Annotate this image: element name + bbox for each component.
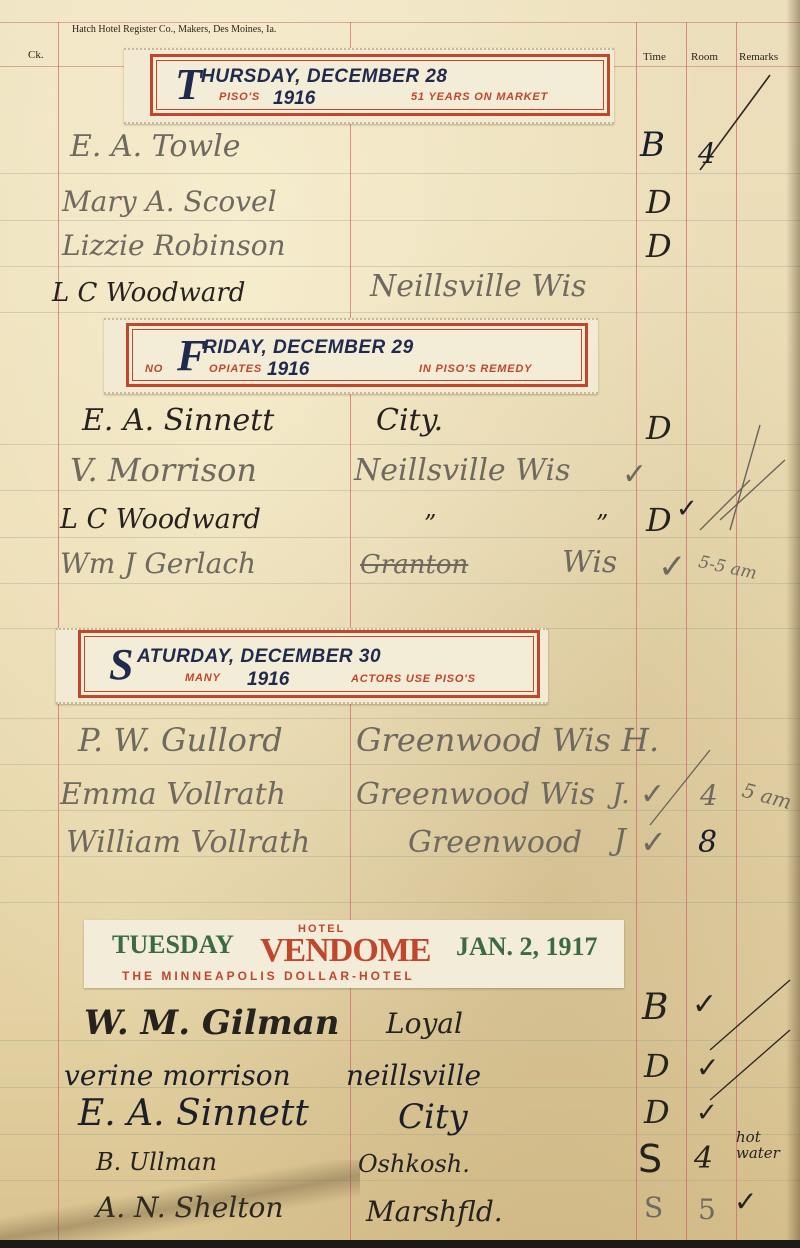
- time-column-header: Time: [643, 51, 666, 63]
- time-mark: D: [646, 412, 672, 444]
- guest-name: W. M. Gilman: [84, 1006, 339, 1040]
- check-mark-icon: ✓: [622, 460, 647, 490]
- guest-name: Mary A. Scovel: [62, 188, 277, 216]
- check-mark-icon: [690, 70, 780, 180]
- hotel-name: VENDOME: [260, 934, 431, 968]
- guest-residence: City.: [376, 406, 443, 436]
- guest-residence-state: Wis: [562, 548, 617, 578]
- guest-residence: City: [398, 1100, 468, 1134]
- ad-text-right: 51 YEARS ON MARKET: [411, 92, 548, 103]
- day-initial: F: [177, 334, 206, 378]
- ad-text-left: MANY: [185, 673, 221, 684]
- remarks-column-header: Remarks: [739, 51, 778, 63]
- room-column-header: Room: [691, 51, 718, 63]
- guest-name: Wm J Gerlach: [60, 550, 256, 578]
- check-mark-icon: [690, 420, 790, 540]
- guest-name: P. W. Gullord: [78, 724, 283, 756]
- year: 1916: [273, 89, 315, 108]
- guest-name: V. Morrison: [70, 454, 257, 486]
- page-fold: [0, 1160, 360, 1240]
- guest-name: William Vollrath: [66, 828, 310, 858]
- rule: [0, 490, 800, 491]
- remarks-note: 5-5 am: [697, 554, 758, 583]
- guest-name: E. A. Towle: [70, 132, 240, 162]
- check-mark-icon: [640, 740, 720, 830]
- check-mark-icon: [690, 930, 800, 1130]
- guest-residence: Oshkosh.: [358, 1152, 470, 1176]
- guest-name: E. A. Sinnett: [78, 1096, 309, 1132]
- guest-residence: Neillsville Wis: [354, 456, 571, 486]
- ck-column-header: Ck.: [28, 49, 44, 61]
- ad-text-right: IN PISO'S REMEDY: [419, 364, 532, 375]
- check-mark-icon: ✓: [734, 1188, 757, 1216]
- rule: [0, 266, 800, 267]
- guest-residence: Greenwood Wis H.: [356, 724, 659, 756]
- ad-text-right: ACTORS USE PISO'S: [351, 674, 476, 685]
- rule: [0, 312, 800, 313]
- room-column-rule: [686, 22, 687, 1248]
- room-number: 4: [694, 1144, 713, 1174]
- bottom-edge: [0, 1240, 800, 1248]
- ditto-mark: ”: [424, 512, 436, 536]
- room-number: 5: [698, 1196, 716, 1224]
- rule: [0, 537, 800, 538]
- residence-mark: J.: [612, 780, 630, 808]
- ditto-mark: ”: [596, 512, 608, 536]
- date-strip-friday: NO F RIDAY, DECEMBER 29 OPIATES 1916 IN …: [126, 323, 588, 387]
- day-title: TUESDAY: [112, 932, 234, 958]
- time-mark: D: [646, 504, 672, 536]
- guest-residence: Marshfld.: [366, 1198, 503, 1226]
- top-rule: [0, 22, 800, 23]
- guest-residence: Greenwood Wis: [356, 780, 595, 810]
- year: 1916: [247, 670, 289, 689]
- time-mark: B: [640, 128, 665, 162]
- rule: [0, 718, 800, 719]
- guest-name: E. A. Sinnett: [82, 406, 274, 436]
- ad-text-left: NO: [145, 364, 163, 375]
- guest-name: L C Woodward: [52, 280, 245, 306]
- check-mark-icon: ✓: [658, 550, 687, 584]
- guest-residence: Loyal: [386, 1010, 463, 1038]
- residence-mark: J: [614, 826, 626, 856]
- hotel-tagline: THE MINNEAPOLIS DOLLAR-HOTEL: [122, 970, 415, 982]
- ad-text-left: PISO'S: [219, 92, 260, 103]
- day-initial: S: [109, 643, 133, 687]
- time-mark: D: [646, 186, 672, 218]
- guest-residence: neillsville: [346, 1062, 481, 1090]
- time-mark: D: [644, 1096, 670, 1128]
- time-mark: S: [638, 1140, 662, 1178]
- time-mark: S: [644, 1194, 663, 1222]
- guest-name: L C Woodward: [60, 506, 261, 533]
- rule: [0, 173, 800, 174]
- day-title: ATURDAY, DECEMBER 30: [137, 647, 381, 666]
- register-page: Hatch Hotel Register Co., Makers, Des Mo…: [0, 0, 800, 1248]
- ad-text-mid: OPIATES: [209, 364, 262, 375]
- date-strip-saturday: S ATURDAY, DECEMBER 30 MANY 1916 ACTORS …: [78, 630, 540, 698]
- day-initial: T: [175, 63, 202, 107]
- date-strip-tuesday: TUESDAY HOTEL VENDOME JAN. 2, 1917 THE M…: [84, 920, 624, 988]
- day-title: RIDAY, DECEMBER 29: [203, 338, 414, 357]
- time-mark: D: [646, 230, 672, 262]
- guest-residence: Granton: [360, 552, 468, 578]
- guest-residence: Neillsville Wis: [370, 272, 587, 302]
- time-mark: B: [642, 990, 668, 1026]
- rule: [0, 902, 800, 903]
- guest-name: verine morrison: [64, 1062, 291, 1090]
- maker-imprint: Hatch Hotel Register Co., Makers, Des Mo…: [72, 24, 276, 35]
- rule: [0, 220, 800, 221]
- page-edge-shadow: [786, 0, 800, 1248]
- date-strip-thursday: T HURSDAY, DECEMBER 28 PISO'S 1916 51 YE…: [150, 54, 610, 116]
- rule: [0, 444, 800, 445]
- date: JAN. 2, 1917: [456, 934, 598, 960]
- guest-name: Lizzie Robinson: [62, 232, 286, 260]
- check-mark-icon: ✓: [640, 826, 667, 858]
- guest-name: Emma Vollrath: [60, 780, 286, 810]
- time-mark: D: [644, 1050, 670, 1082]
- time-column-rule: [636, 22, 637, 1248]
- year: 1916: [267, 360, 309, 379]
- day-title: HURSDAY, DECEMBER 28: [201, 67, 448, 86]
- guest-residence: Greenwood: [408, 828, 582, 858]
- room-number: 8: [698, 828, 717, 858]
